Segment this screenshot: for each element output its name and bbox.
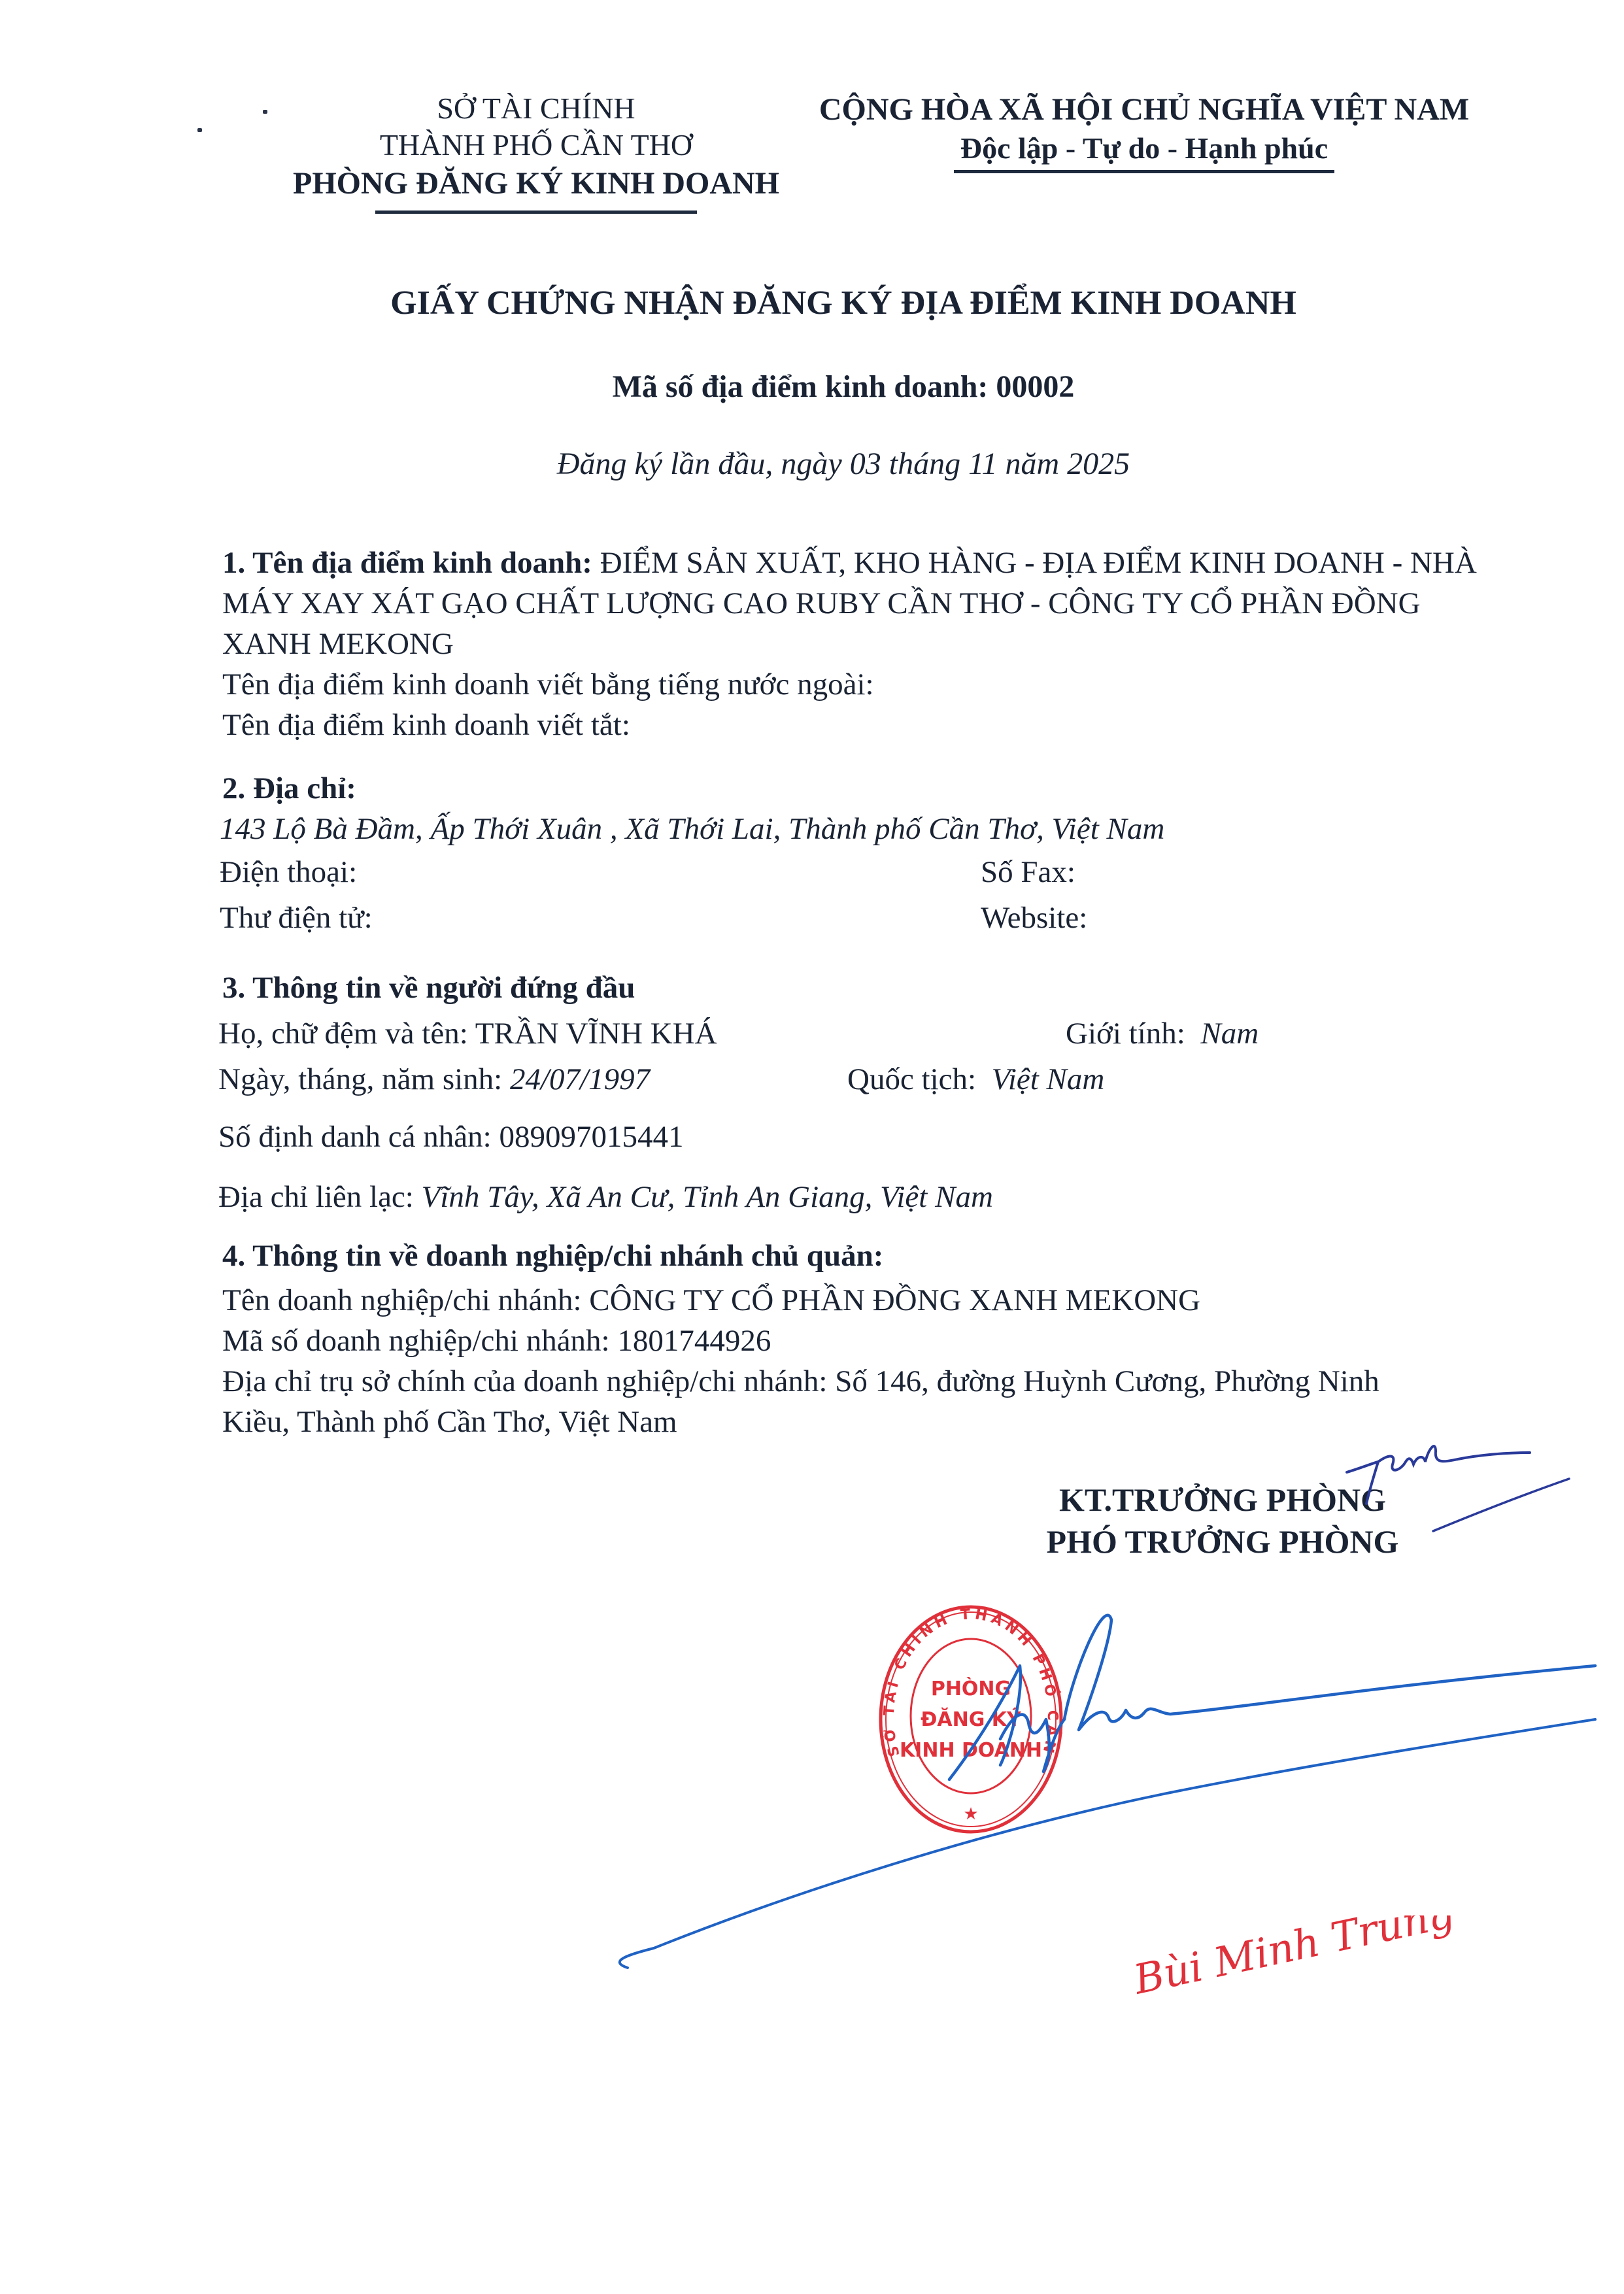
stamp-inner-line-3: KINH DOANH	[900, 1739, 1042, 1762]
contact-address-value: Vĩnh Tây, Xã An Cư, Tỉnh An Giang, Việt …	[422, 1180, 993, 1214]
code-value: 00002	[996, 369, 1074, 404]
personal-id-row: Số định danh cá nhân: 089097015441	[218, 1117, 1513, 1162]
nationality-label: Quốc tịch:	[847, 1062, 976, 1096]
issuing-authority-header: SỞ TÀI CHÍNH THÀNH PHỐ CẦN THƠ PHÒNG ĐĂN…	[248, 90, 824, 214]
section1-heading: 1. Tên địa điểm kinh doanh:	[222, 546, 600, 580]
section-location-name: 1. Tên địa điểm kinh doanh: ĐIỂM SẢN XUẤ…	[222, 543, 1504, 745]
stamp-inner-line-2: ĐĂNG KÝ	[921, 1707, 1022, 1731]
stamp-star-icon: ★	[963, 1804, 978, 1824]
full-name-value: TRẦN VĨNH KHÁ	[475, 1017, 717, 1051]
motto-underline	[954, 170, 1334, 173]
section-parent-company: 4. Thông tin về doanh nghiệp/chi nhánh c…	[222, 1236, 1517, 1442]
location-name-paragraph: 1. Tên địa điểm kinh doanh: ĐIỂM SẢN XUẤ…	[222, 543, 1504, 664]
dob-label: Ngày, tháng, năm sinh:	[218, 1062, 510, 1096]
contact-address-row: Địa chỉ liên lạc: Vĩnh Tây, Xã An Cư, Tỉ…	[218, 1177, 1513, 1223]
national-header: CỘNG HÒA XÃ HỘI CHỦ NGHĨA VIỆT NAM Độc l…	[798, 90, 1491, 173]
full-name-gender-row: Họ, chữ đệm và tên: TRẦN VĨNH KHÁ Giới t…	[218, 1013, 1513, 1059]
gender-value: Nam	[1200, 1017, 1259, 1051]
signatory-title: KT.TRƯỞNG PHÒNG PHÓ TRƯỞNG PHÒNG	[968, 1479, 1478, 1562]
authority-line-2: THÀNH PHỐ CẦN THƠ	[248, 127, 824, 163]
short-name-row: Tên địa điểm kinh doanh viết tắt:	[222, 705, 1504, 745]
company-name-row: Tên doanh nghiệp/chi nhánh: CÔNG TY CỔ P…	[222, 1280, 1517, 1321]
website-field: Website:	[981, 898, 1087, 938]
header-underline	[375, 211, 697, 214]
company-code-value: 1801744926	[617, 1324, 771, 1358]
code-label: Mã số địa điểm kinh doanh:	[613, 369, 996, 404]
section-address: 2. Địa chỉ: 143 Lộ Bà Đầm, Ấp Thới Xuân …	[222, 768, 1504, 943]
scan-speck	[197, 128, 202, 132]
phone-label: Điện thoại:	[220, 855, 357, 889]
business-location-code: Mã số địa điểm kinh doanh: 00002	[196, 367, 1491, 407]
national-motto: Độc lập - Tự do - Hạnh phúc	[798, 129, 1491, 167]
document-title: GIẤY CHỨNG NHẬN ĐĂNG KÝ ĐỊA ĐIỂM KINH DO…	[196, 282, 1491, 324]
section-head-person: 3. Thông tin về người đứng đầu Họ, chữ đ…	[218, 968, 1513, 1223]
nationality-field: Quốc tịch: Việt Nam	[847, 1059, 1104, 1100]
hq-address-row: Địa chỉ trụ sở chính của doanh nghiệp/ch…	[222, 1361, 1438, 1442]
email-website-row: Thư điện tử: Website:	[220, 898, 1504, 943]
section3-heading: 3. Thông tin về người đứng đầu	[222, 968, 1513, 1008]
foreign-name-label: Tên địa điểm kinh doanh viết bằng tiếng …	[222, 667, 874, 701]
nationality-value: Việt Nam	[992, 1062, 1105, 1096]
signatory-line-1: KT.TRƯỞNG PHÒNG	[968, 1479, 1478, 1521]
fax-label: Số Fax:	[981, 855, 1075, 889]
authority-line-3: PHÒNG ĐĂNG KÝ KINH DOANH	[248, 163, 824, 204]
personal-id-label: Số định danh cá nhân:	[218, 1120, 499, 1154]
gender-field: Giới tính: Nam	[1066, 1013, 1259, 1054]
full-name-label: Họ, chữ đệm và tên:	[218, 1017, 475, 1051]
personal-id-value: 089097015441	[499, 1120, 683, 1154]
fax-field: Số Fax:	[981, 852, 1075, 892]
national-title: CỘNG HÒA XÃ HỘI CHỦ NGHĨA VIỆT NAM	[798, 90, 1491, 129]
signatory-line-2: PHÓ TRƯỞNG PHÒNG	[968, 1521, 1478, 1562]
foreign-name-row: Tên địa điểm kinh doanh viết bằng tiếng …	[222, 664, 1504, 705]
registration-date: Đăng ký lần đầu, ngày 03 tháng 11 năm 20…	[196, 445, 1491, 484]
contact-address-label: Địa chỉ liên lạc:	[218, 1180, 422, 1214]
phone-fax-row: Điện thoại: Số Fax:	[220, 852, 1504, 898]
gender-label: Giới tính:	[1066, 1017, 1185, 1051]
official-stamp: SỞ TÀI CHÍNH THÀNH PHỐ CẦN THƠ PHÒNG ĐĂN…	[876, 1598, 1066, 1840]
company-name-value: CÔNG TY CỔ PHẦN ĐỒNG XANH MEKONG	[589, 1283, 1200, 1317]
authority-line-1: SỞ TÀI CHÍNH	[248, 90, 824, 127]
hq-address-label: Địa chỉ trụ sở chính của doanh nghiệp/ch…	[222, 1364, 835, 1398]
website-label: Website:	[981, 901, 1087, 935]
company-code-row: Mã số doanh nghiệp/chi nhánh: 1801744926	[222, 1321, 1517, 1361]
stamp-inner-line-1: PHÒNG	[931, 1676, 1011, 1700]
dob-value: 24/07/1997	[510, 1062, 650, 1096]
signer-name: Bùi Minh Trung	[1129, 1915, 1459, 2004]
short-name-label: Tên địa điểm kinh doanh viết tắt:	[222, 708, 630, 742]
section4-heading: 4. Thông tin về doanh nghiệp/chi nhánh c…	[222, 1236, 1517, 1276]
signer-name-stamp: Bùi Minh Trung	[1125, 1915, 1491, 2007]
email-label: Thư điện tử:	[220, 901, 373, 935]
company-code-label: Mã số doanh nghiệp/chi nhánh:	[222, 1324, 617, 1358]
section2-heading: 2. Địa chỉ:	[222, 768, 1504, 809]
address-value: 143 Lộ Bà Đầm, Ấp Thới Xuân , Xã Thới La…	[220, 809, 1504, 849]
company-name-label: Tên doanh nghiệp/chi nhánh:	[222, 1283, 589, 1317]
dob-nationality-row: Ngày, tháng, năm sinh: 24/07/1997 Quốc t…	[218, 1059, 1513, 1105]
